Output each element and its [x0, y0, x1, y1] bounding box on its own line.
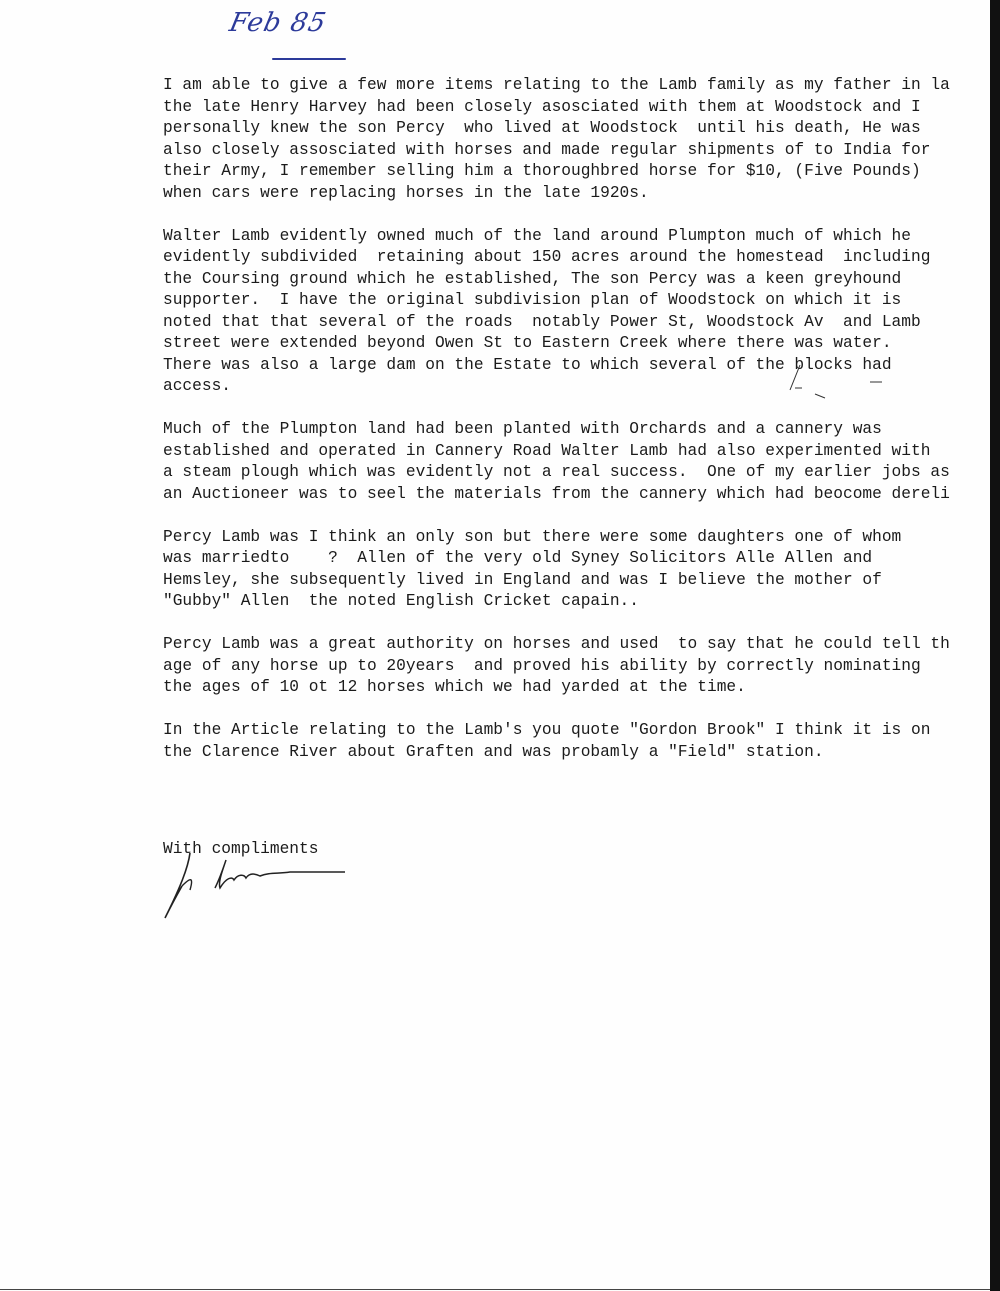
text-line: Percy Lamb was a great authority on hors…	[163, 634, 993, 656]
text-line: also closely assosciated with horses and…	[163, 140, 993, 162]
text-line: personally knew the son Percy who lived …	[163, 118, 993, 140]
letter-body: I am able to give a few more items relat…	[163, 75, 993, 785]
text-line: age of any horse up to 20years and prove…	[163, 656, 993, 678]
text-line: street were extended beyond Owen St to E…	[163, 333, 993, 355]
text-line: Percy Lamb was I think an only son but t…	[163, 527, 993, 549]
text-line: established and operated in Cannery Road…	[163, 441, 993, 463]
date-underline	[272, 58, 346, 60]
paragraph: In the Article relating to the Lamb's yo…	[163, 720, 993, 763]
text-line: the Clarence River about Graften and was…	[163, 742, 993, 764]
text-line: Much of the Plumpton land had been plant…	[163, 419, 993, 441]
text-line: In the Article relating to the Lamb's yo…	[163, 720, 993, 742]
signature	[160, 848, 360, 928]
text-line: the ages of 10 ot 12 horses which we had…	[163, 677, 993, 699]
scan-edge	[990, 0, 1000, 1291]
text-line: Walter Lamb evidently owned much of the …	[163, 226, 993, 248]
text-line: an Auctioneer was to seel the materials …	[163, 484, 993, 506]
stray-pen-mark	[770, 360, 890, 400]
text-line: noted that that several of the roads not…	[163, 312, 993, 334]
text-line: the late Henry Harvey had been closely a…	[163, 97, 993, 119]
text-line: evidently subdivided retaining about 150…	[163, 247, 993, 269]
paragraph: Percy Lamb was a great authority on hors…	[163, 634, 993, 699]
text-line: I am able to give a few more items relat…	[163, 75, 993, 97]
text-line: a steam plough which was evidently not a…	[163, 462, 993, 484]
text-line: was marriedto ? Allen of the very old Sy…	[163, 548, 993, 570]
text-line: when cars were replacing horses in the l…	[163, 183, 993, 205]
text-line: the Coursing ground which he established…	[163, 269, 993, 291]
paragraph: Much of the Plumpton land had been plant…	[163, 419, 993, 505]
text-line: their Army, I remember selling him a tho…	[163, 161, 993, 183]
paragraph: I am able to give a few more items relat…	[163, 75, 993, 204]
handwritten-date: Feb 85	[227, 8, 329, 38]
text-line: Hemsley, she subsequently lived in Engla…	[163, 570, 993, 592]
text-line: supporter. I have the original subdivisi…	[163, 290, 993, 312]
text-line: "Gubby" Allen the noted English Cricket …	[163, 591, 993, 613]
letter-page: Feb 85 I am able to give a few more item…	[0, 0, 990, 1290]
paragraph: Percy Lamb was I think an only son but t…	[163, 527, 993, 613]
